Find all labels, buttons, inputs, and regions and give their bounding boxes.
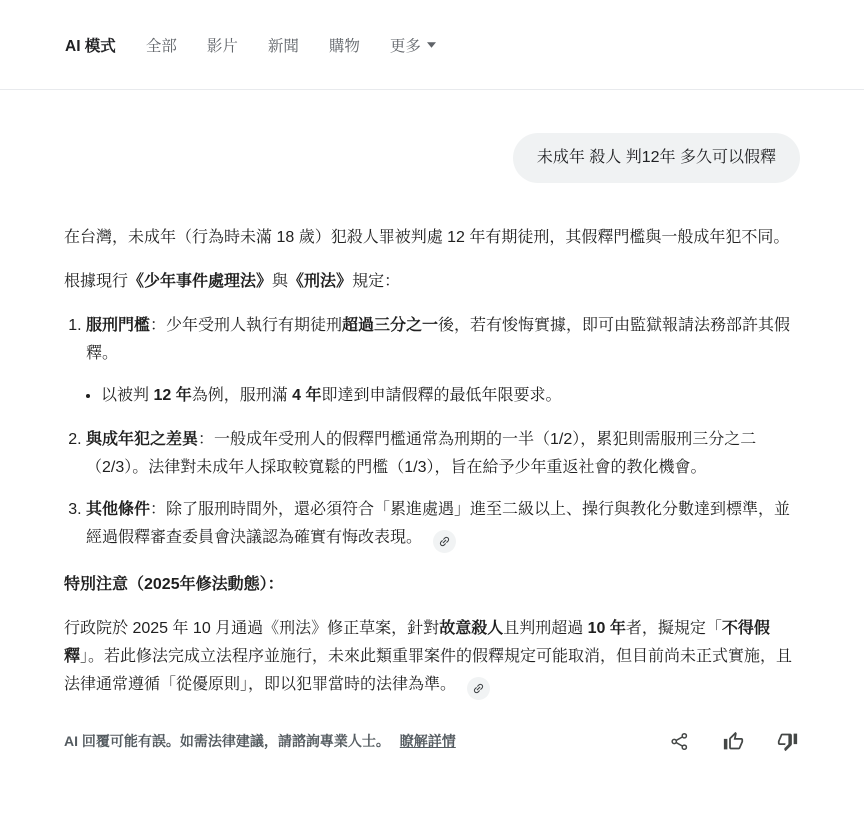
- list-item-difference: 與成年犯之差異：一般成年受刑人的假釋門檻通常為刑期的一半（1/2），累犯則需服刑…: [86, 426, 800, 482]
- list-subitem-example: 以被判 12 年為例，服刑滿 4 年即達到申請假釋的最低年限要求。: [101, 382, 800, 410]
- list-item-text: 服刑門檻：少年受刑人執行有期徒刑超過三分之一後，若有悛悔實據，即可由監獄報請法務…: [86, 317, 790, 362]
- citation-link-icon[interactable]: [433, 530, 456, 553]
- tab-all[interactable]: 全部: [146, 34, 177, 56]
- citation-link-icon[interactable]: [467, 677, 490, 700]
- thumbs-down-button[interactable]: [777, 731, 798, 752]
- notice-body: 行政院於 2025 年 10 月通過《刑法》修正草案，針對故意殺人且判刑超過 1…: [64, 615, 800, 700]
- tab-shopping[interactable]: 購物: [329, 34, 360, 56]
- share-icon: [669, 731, 690, 752]
- list-subitem-text: 以被判 12 年為例，服刑滿 4 年即達到申請假釋的最低年限要求。: [101, 387, 562, 404]
- disclaimer-text: AI 回覆可能有誤。如需法律建議，請諮詢專業人士。: [64, 733, 390, 749]
- learn-more-link[interactable]: 瞭解詳情: [400, 733, 456, 749]
- answer-footer: AI 回覆可能有誤。如需法律建議，請諮詢專業人士。 瞭解詳情: [64, 730, 800, 752]
- notice-heading: 特別注意（2025年修法動態）：: [64, 571, 800, 599]
- answer-ordered-list: 服刑門檻：少年受刑人執行有期徒刑超過三分之一後，若有悛悔實據，即可由監獄報請法務…: [64, 312, 800, 553]
- query-row: 未成年 殺人 判12年 多久可以假釋: [64, 133, 800, 183]
- answer-sub-list: 以被判 12 年為例，服刑滿 4 年即達到申請假釋的最低年限要求。: [86, 382, 800, 410]
- tab-more-label: 更多: [390, 34, 421, 56]
- thumbs-up-icon: [723, 731, 744, 752]
- tab-ai-mode[interactable]: AI 模式: [65, 34, 116, 56]
- link-icon: [470, 679, 488, 697]
- tab-more[interactable]: 更多: [390, 34, 436, 56]
- link-icon: [436, 532, 454, 550]
- thumbs-up-button[interactable]: [723, 731, 744, 752]
- answer-actions: [669, 731, 798, 752]
- list-item-threshold: 服刑門檻：少年受刑人執行有期徒刑超過三分之一後，若有悛悔實據，即可由監獄報請法務…: [86, 312, 800, 410]
- answer-paragraph-intro: 在台灣，未成年（行為時未滿 18 歲）犯殺人罪被判處 12 年有期徒刑，其假釋門…: [64, 224, 800, 252]
- share-button[interactable]: [669, 731, 690, 752]
- tab-videos[interactable]: 影片: [207, 34, 238, 56]
- list-item-other-conditions: 其他條件：除了服刑時間外，還必須符合「累進處遇」進至二級以上、操行與教化分數達到…: [86, 496, 800, 553]
- notice-body-text: 行政院於 2025 年 10 月通過《刑法》修正草案，針對故意殺人且判刑超過 1…: [64, 620, 792, 693]
- user-query-bubble: 未成年 殺人 判12年 多久可以假釋: [513, 133, 800, 183]
- tab-news[interactable]: 新聞: [268, 34, 299, 56]
- search-tabs: AI 模式 全部 影片 新聞 購物 更多: [0, 0, 864, 90]
- ai-answer: 在台灣，未成年（行為時未滿 18 歲）犯殺人罪被判處 12 年有期徒刑，其假釋門…: [64, 224, 800, 700]
- thumbs-down-icon: [777, 731, 798, 752]
- list-item-text: 與成年犯之差異：一般成年受刑人的假釋門檻通常為刑期的一半（1/2），累犯則需服刑…: [86, 431, 756, 476]
- ai-disclaimer: AI 回覆可能有誤。如需法律建議，請諮詢專業人士。 瞭解詳情: [64, 730, 456, 752]
- answer-paragraph-laws: 根據現行《少年事件處理法》與《刑法》規定：: [64, 268, 800, 296]
- chevron-down-icon: [427, 42, 436, 48]
- ai-conversation: 未成年 殺人 判12年 多久可以假釋 在台灣，未成年（行為時未滿 18 歲）犯殺…: [64, 133, 800, 752]
